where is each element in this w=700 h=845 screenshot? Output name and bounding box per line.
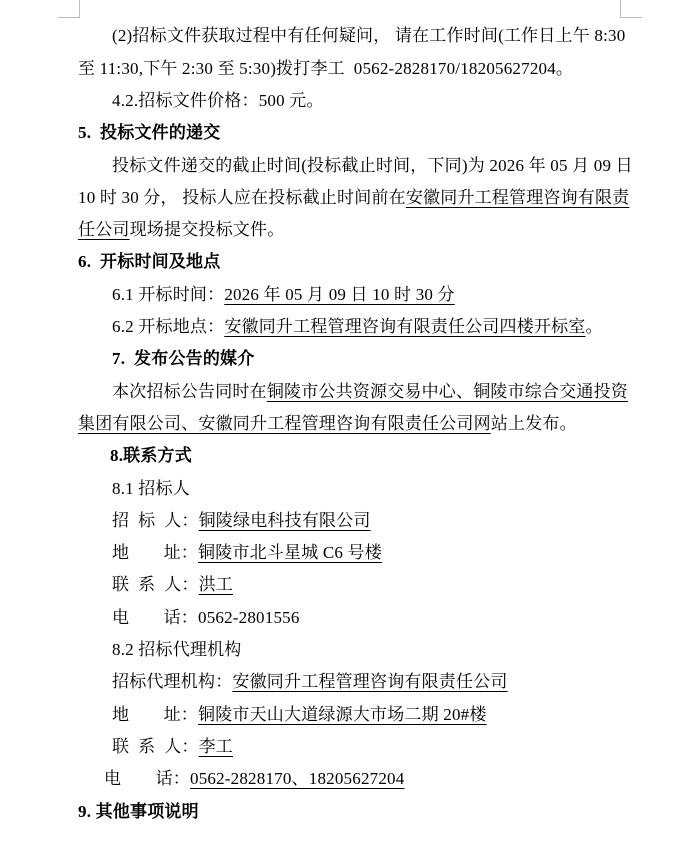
text-segment: 招标代理机构： (112, 672, 232, 691)
underlined-text: 李工 (199, 737, 233, 756)
underlined-text: 铜陵市公共资源交易中心、铜陵市综合交通投资 (267, 382, 628, 401)
text-segment: 10 时 30 分， 投标人应在投标截止时间前在 (78, 188, 406, 207)
field-tenderer-name: 招 标 人：铜陵绿电科技有限公司 (112, 505, 700, 537)
para-6-1-opening-time: 6.1 开标时间：2026 年 05 月 09 日 10 时 30 分 (112, 279, 700, 311)
para-7-line-1: 本次招标公告同时在铜陵市公共资源交易中心、铜陵市综合交通投资 (112, 376, 700, 408)
field-agency-address: 地 址：铜陵市天山大道绿源大市场二期 20#楼 (112, 699, 700, 731)
para-7-line-2: 集团有限公司、安徽同升工程管理咨询有限责任公司网站上发布。 (78, 408, 700, 440)
text-segment: 8.联系方式 (110, 446, 192, 465)
text-segment: 站上发布。 (491, 414, 577, 433)
underlined-text: 铜陵绿电科技有限公司 (199, 511, 371, 530)
text-segment: 6.1 开标时间： (112, 285, 224, 304)
underlined-text: 洪工 (199, 575, 233, 594)
field-tenderer-address: 地 址：铜陵市北斗星城 C6 号楼 (112, 537, 700, 569)
field-agency-name: 招标代理机构：安徽同升工程管理咨询有限责任公司 (112, 666, 700, 698)
text-segment: 地 址： (112, 543, 198, 562)
text-segment: 。 (586, 317, 603, 336)
para-8-2-agency-heading: 8.2 招标代理机构 (112, 634, 700, 666)
field-tenderer-phone: 电 话：0562-2801556 (112, 602, 700, 634)
text-segment: 投标文件递交的截止时间(投标截止时间，下同)为 2026 年 05 月 09 日 (112, 156, 633, 175)
para-5-line-3: 任公司现场提交投标文件。 (78, 214, 700, 246)
para-6-2-opening-place: 6.2 开标地点：安徽同升工程管理咨询有限责任公司四楼开标室。 (112, 311, 700, 343)
text-segment: 6.2 开标地点： (112, 317, 224, 336)
text-segment: 6. 开标时间及地点 (78, 252, 220, 271)
text-segment: 5. 投标文件的递交 (78, 123, 220, 142)
heading-9-other-notes: 9. 其他事项说明 (78, 796, 700, 828)
para-tender-doc-question-line-2: 至 11:30,下午 2:30 至 5:30)拨打李工 0562-2828170… (78, 53, 700, 85)
underlined-text: 任公司 (78, 220, 130, 239)
text-segment: 联 系 人： (112, 737, 199, 756)
text-segment: 联 系 人： (112, 575, 199, 594)
text-segment: (2)招标文件获取过程中有任何疑问， 请在工作时间(工作日上午 8:30 (112, 26, 625, 45)
underlined-text: 0562-2828170、18205627204 (190, 769, 404, 788)
text-segment: 本次招标公告同时在 (112, 382, 267, 401)
underlined-text: 安徽同升工程管理咨询有限责任公司四楼开标室 (224, 317, 585, 336)
text-segment: 电 话： (104, 769, 190, 788)
text-segment: 现场提交投标文件。 (130, 220, 285, 239)
heading-6-opening-time-place: 6. 开标时间及地点 (78, 246, 700, 278)
para-5-line-2: 10 时 30 分， 投标人应在投标截止时间前在安徽同升工程管理咨询有限责 (78, 182, 700, 214)
text-segment: 招 标 人： (112, 511, 199, 530)
underlined-text: 铜陵市天山大道绿源大市场二期 20#楼 (198, 705, 487, 724)
text-segment: 地 址： (112, 705, 198, 724)
text-segment: 4.2.招标文件价格：500 元。 (112, 91, 324, 110)
para-8-1-tenderer-heading: 8.1 招标人 (112, 473, 700, 505)
text-segment: 9. 其他事项说明 (78, 802, 199, 821)
heading-8-contact-info: 8.联系方式 (110, 440, 700, 472)
text-segment: 7. 发布公告的媒介 (112, 349, 254, 368)
text-segment: 至 11:30,下午 2:30 至 5:30)拨打李工 0562-2828170… (78, 59, 573, 78)
underlined-text: 安徽同升工程管理咨询有限责 (406, 188, 630, 207)
heading-7-announcement-media: 7. 发布公告的媒介 (112, 343, 700, 375)
para-5-line-1: 投标文件递交的截止时间(投标截止时间，下同)为 2026 年 05 月 09 日 (112, 150, 700, 182)
field-agency-phone: 电 话：0562-2828170、18205627204 (104, 763, 700, 795)
field-tenderer-contact: 联 系 人：洪工 (112, 569, 700, 601)
underlined-text: 安徽同升工程管理咨询有限责任公司 (232, 672, 507, 691)
document-page: (2)招标文件获取过程中有任何疑问， 请在工作时间(工作日上午 8:30至 11… (0, 0, 700, 845)
text-segment: 8.1 招标人 (112, 479, 190, 498)
field-agency-contact: 联 系 人：李工 (112, 731, 700, 763)
heading-5-bid-submission: 5. 投标文件的递交 (78, 117, 700, 149)
underlined-text: 集团有限公司、安徽同升工程管理咨询有限责任公司网 (78, 414, 491, 433)
underlined-text: 2026 年 05 月 09 日 10 时 30 分 (224, 285, 454, 304)
text-segment: 电 话： (112, 608, 198, 627)
para-tender-doc-question-line-1: (2)招标文件获取过程中有任何疑问， 请在工作时间(工作日上午 8:30 (112, 20, 700, 52)
text-segment: 0562-2801556 (198, 608, 300, 627)
para-doc-price: 4.2.招标文件价格：500 元。 (112, 85, 700, 117)
underlined-text: 铜陵市北斗星城 C6 号楼 (198, 543, 382, 562)
text-segment: 8.2 招标代理机构 (112, 640, 242, 659)
